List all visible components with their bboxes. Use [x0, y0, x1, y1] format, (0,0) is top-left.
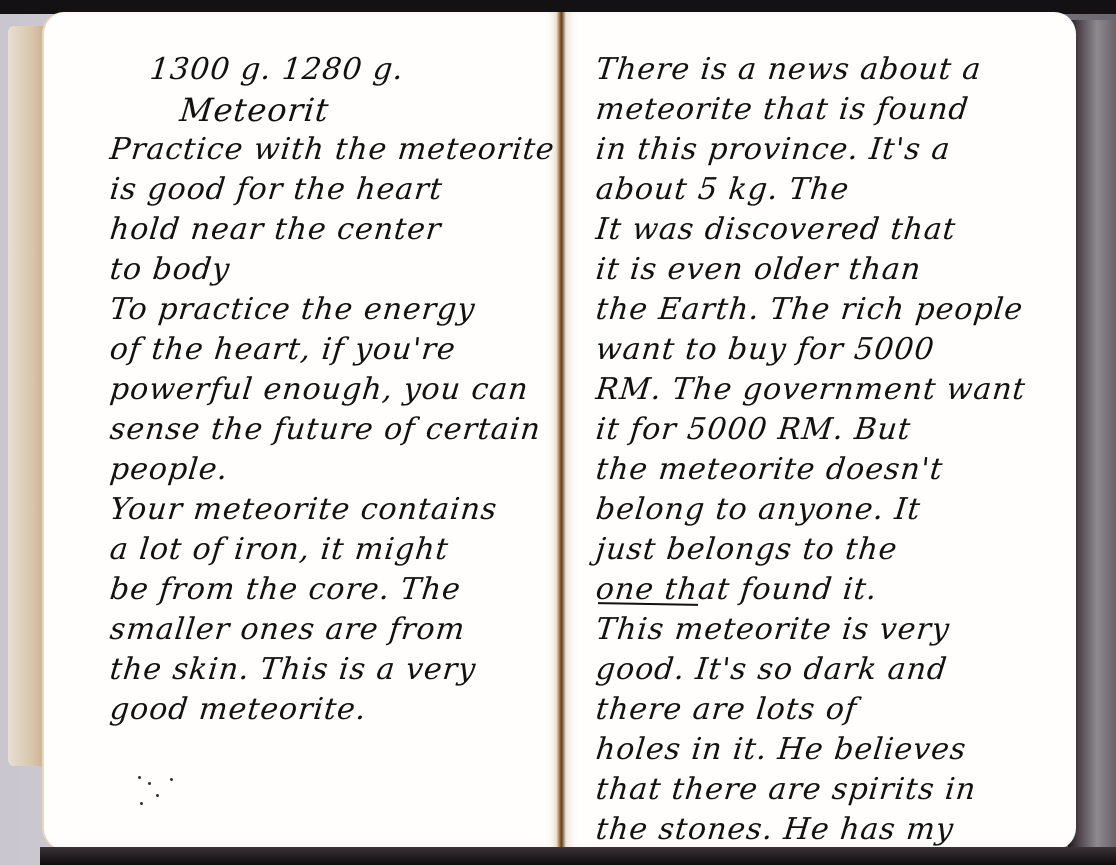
- text-line: meteorite that is found: [594, 90, 1028, 130]
- text-line: it for 5000 RM. But: [594, 410, 1028, 450]
- text-line: There is a news about a: [594, 50, 1028, 90]
- text-line: the Earth. The rich people: [594, 290, 1028, 330]
- text-line: the stones. He has my: [594, 810, 1028, 850]
- notebook-cover-left: [8, 26, 48, 766]
- text-line: to body: [108, 250, 557, 290]
- page-heading: Meteorit: [178, 90, 557, 130]
- text-line: it is even older than: [594, 250, 1028, 290]
- ink-specks: [130, 770, 220, 810]
- text-line: that there are spirits in: [594, 770, 1028, 810]
- text-line: a lot of iron, it might: [108, 530, 557, 570]
- notebook-binding-gutter: [556, 12, 566, 850]
- text-line-with-strikeout: about 5 kg. The: [594, 170, 1028, 210]
- text-line: good. It's so dark and: [594, 650, 1028, 690]
- text-line: of the heart, if you're: [108, 330, 557, 370]
- right-page-text: There is a news about a meteorite that i…: [596, 50, 1026, 850]
- text-line: is good for the heart: [108, 170, 557, 210]
- text-line: be from the core. The: [108, 570, 557, 610]
- text-line: there are lots of: [594, 690, 1028, 730]
- text-line: holes in it. He believes: [594, 730, 1028, 770]
- text-line: the meteorite doesn't: [594, 450, 1028, 490]
- text-line: This meteorite is very: [594, 610, 1028, 650]
- text-line: It was discovered that: [594, 210, 1028, 250]
- text-line: sense the future of certain: [108, 410, 557, 450]
- text-line: people.: [108, 450, 557, 490]
- text-line: hold near the center: [108, 210, 557, 250]
- weights-note: 1300 g. 1280 g.: [148, 50, 557, 90]
- text-line: want to buy for 5000: [594, 330, 1028, 370]
- text-line: in this province. It's a: [594, 130, 1028, 170]
- text-line: Practice with the meteorite: [108, 130, 557, 170]
- text-line: To practice the energy: [108, 290, 557, 330]
- text-line: belong to anyone. It: [594, 490, 1028, 530]
- text-line: powerful enough, you can: [108, 370, 557, 410]
- text-line: good meteorite.: [108, 690, 557, 730]
- text-line: Your meteorite contains: [108, 490, 557, 530]
- text-line: smaller ones are from: [108, 610, 557, 650]
- text-line: just belongs to the: [594, 530, 1028, 570]
- left-page-text: 1300 g. 1280 g. Meteorit Practice with t…: [110, 50, 555, 730]
- text-line: RM. The government want: [594, 370, 1028, 410]
- text-line: the skin. This is a very: [108, 650, 557, 690]
